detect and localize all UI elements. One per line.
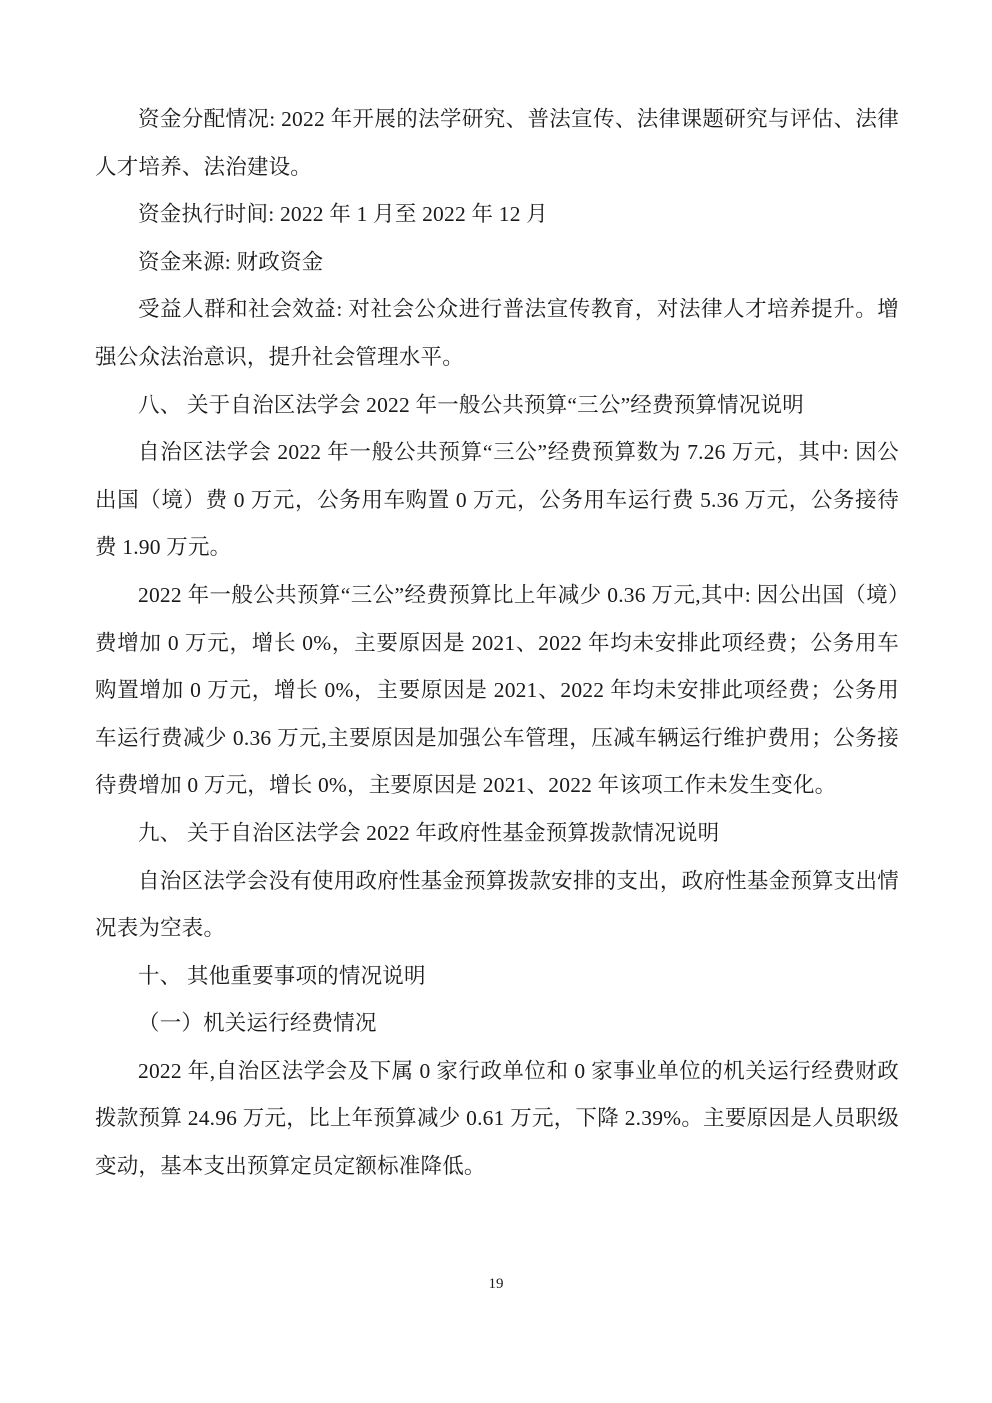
section-10-heading: 十、 其他重要事项的情况说明 [95, 953, 899, 1001]
paragraph-fund-execution-period: 资金执行时间: 2022 年 1 月至 2022 年 12 月 [95, 191, 899, 239]
section-9-paragraph-1: 自治区法学会没有使用政府性基金预算拨款安排的支出，政府性基金预算支出情况表为空表… [95, 858, 899, 953]
paragraph-beneficiaries: 受益人群和社会效益: 对社会公众进行普法宣传教育，对法律人才培养提升。增强公众法… [95, 286, 899, 381]
section-9-heading: 九、 关于自治区法学会 2022 年政府性基金预算拨款情况说明 [95, 810, 899, 858]
paragraph-fund-source: 资金来源: 财政资金 [95, 239, 899, 287]
section-8-paragraph-2: 2022 年一般公共预算“三公”经费预算比上年减少 0.36 万元,其中: 因公… [95, 572, 899, 810]
document-page: 资金分配情况: 2022 年开展的法学研究、普法宣传、法律课题研究与评估、法律人… [0, 0, 992, 1403]
section-8-heading: 八、 关于自治区法学会 2022 年一般公共预算“三公”经费预算情况说明 [95, 382, 899, 430]
paragraph-fund-allocation: 资金分配情况: 2022 年开展的法学研究、普法宣传、法律课题研究与评估、法律人… [95, 96, 899, 191]
section-10-sub-1-paragraph: 2022 年,自治区法学会及下属 0 家行政单位和 0 家事业单位的机关运行经费… [95, 1048, 899, 1191]
page-number: 19 [0, 1276, 992, 1293]
page-content: 资金分配情况: 2022 年开展的法学研究、普法宣传、法律课题研究与评估、法律人… [95, 96, 899, 1191]
section-10-sub-1-heading: （一）机关运行经费情况 [95, 1000, 899, 1048]
section-8-paragraph-1: 自治区法学会 2022 年一般公共预算“三公”经费预算数为 7.26 万元，其中… [95, 429, 899, 572]
